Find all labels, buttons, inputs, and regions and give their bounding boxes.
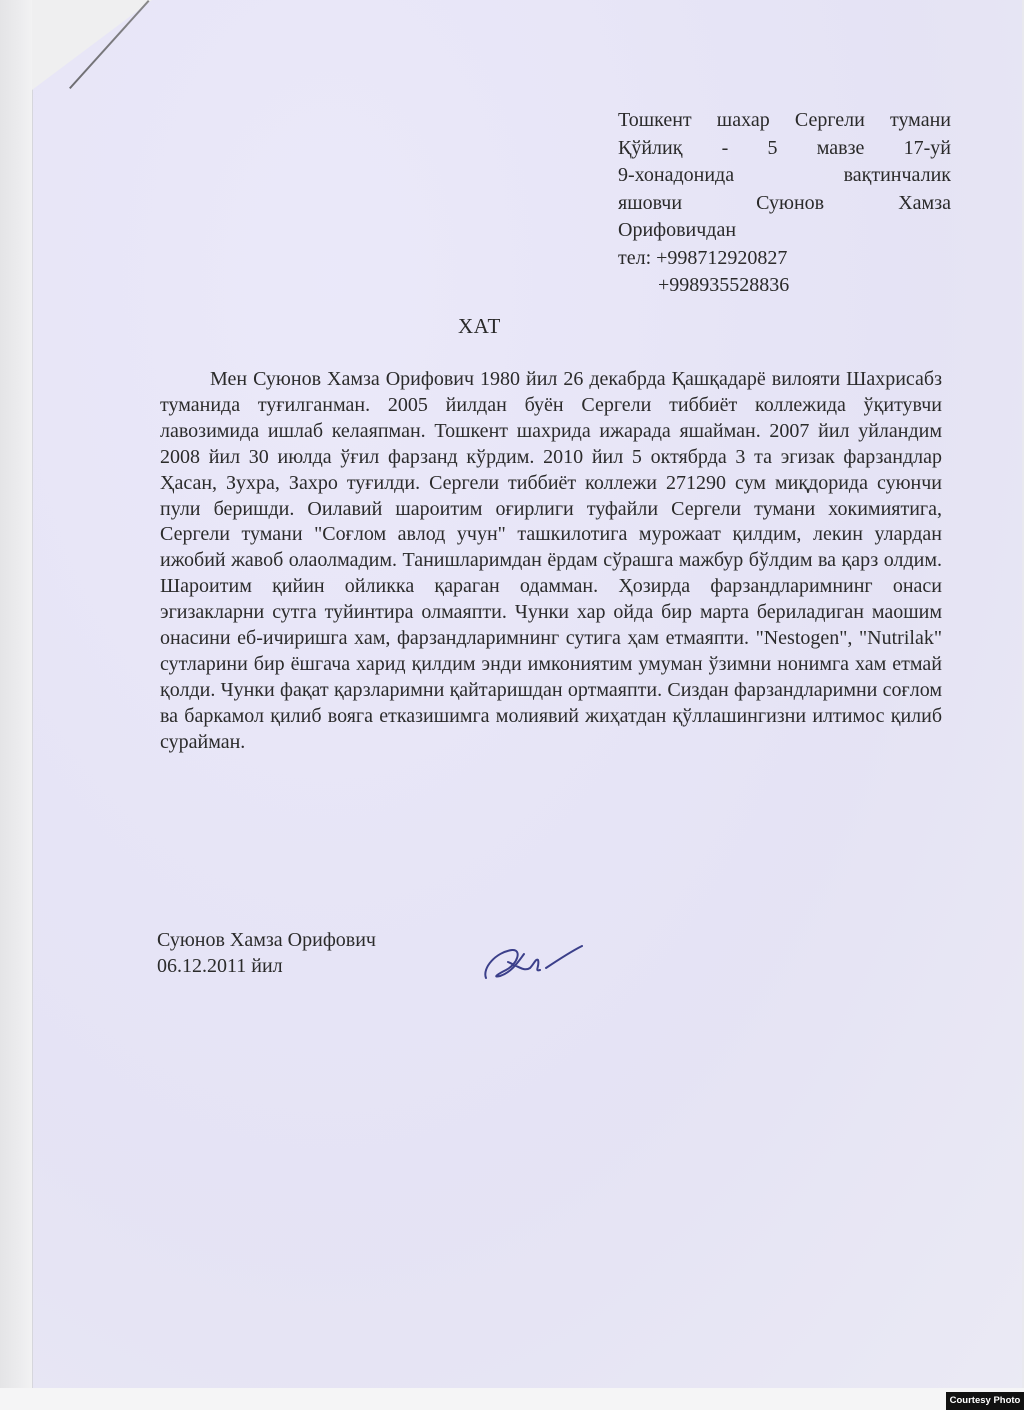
scan-bottom-edge bbox=[0, 1388, 1024, 1410]
signature-block: Суюнов Хамза Орифович 06.12.2011 йил bbox=[157, 927, 376, 979]
address-line: Қўйлиқ - 5 мавзе 17-уй bbox=[618, 135, 951, 163]
signature-date: 06.12.2011 йил bbox=[157, 953, 376, 979]
body-paragraph: Мен Суюнов Хамза Орифович 1980 йил 26 де… bbox=[160, 367, 942, 756]
address-line: 9-хонадонида вақтинчалик bbox=[618, 162, 951, 190]
phone-line-2: +998935528836 bbox=[618, 272, 951, 300]
address-line: яшовчи Суюнов Хамза bbox=[618, 190, 951, 218]
signer-name: Суюнов Хамза Орифович bbox=[157, 927, 376, 953]
address-line: Тошкент шахар Сергели тумани bbox=[618, 107, 951, 135]
sender-address-block: Тошкент шахар Сергели тумани Қўйлиқ - 5 … bbox=[618, 107, 951, 300]
handwritten-signature bbox=[478, 938, 588, 988]
letter-title: ХАТ bbox=[458, 314, 501, 339]
photo-credit-badge: Courtesy Photo bbox=[946, 1392, 1024, 1410]
letter-body: Мен Суюнов Хамза Орифович 1980 йил 26 де… bbox=[160, 367, 942, 756]
address-line: Орифовичдан bbox=[618, 217, 951, 245]
phone-line: тел: +998712920827 bbox=[618, 245, 951, 273]
scan-left-edge bbox=[0, 0, 32, 1410]
